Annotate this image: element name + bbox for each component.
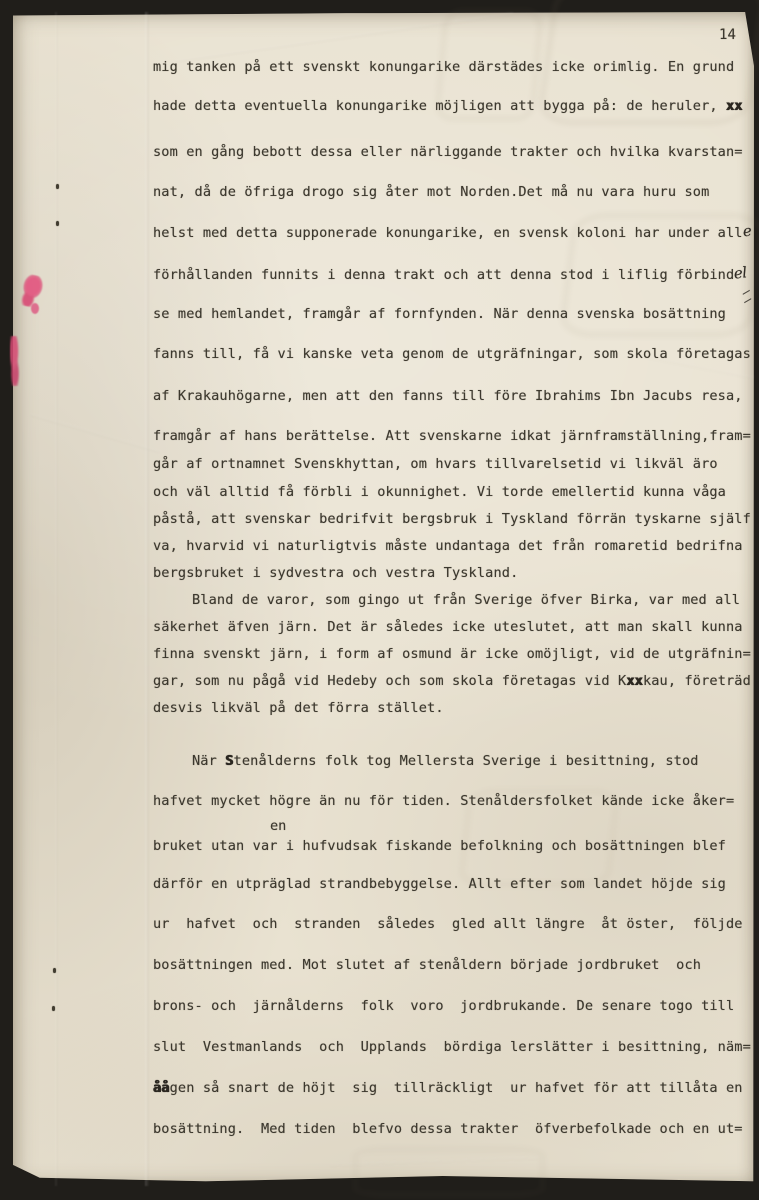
page-number: 14	[719, 28, 736, 43]
line-text: går af ortnamnet Svenskhyttan, om hvars …	[153, 456, 718, 472]
scan-background: 14 mig tanken på ett svenskt konungarike…	[0, 0, 759, 1200]
typewritten-line: därför en utpräglad strandbebyggelse. Al…	[153, 877, 726, 892]
typewritten-line: se med hemlandet, framgår af fornfynden.…	[153, 307, 726, 322]
line-text: mig tanken på ett svenskt konungarike dä…	[153, 59, 734, 75]
line-text: bosättningen med. Mot slutet af stenålde…	[153, 957, 701, 973]
typewritten-line: bosättning. Med tiden blefvo dessa trakt…	[153, 1122, 743, 1137]
line-text: Bland de varor, som gingo ut från Sverig…	[192, 592, 740, 608]
typewritten-line: af Krakauhögarne, men att den fanns till…	[153, 389, 743, 404]
line-text: helst med detta supponerade konungarike,…	[153, 225, 743, 241]
line-text: framgår af hans berättelse. Att svenskar…	[153, 428, 751, 444]
line-text: desvis likväl på det förra stället.	[153, 700, 444, 716]
line-text: bruket utan var i hufvudsak fiskande bef…	[153, 838, 726, 854]
typewritten-line: bergsbruket i sydvestra och vestra Tyskl…	[153, 566, 518, 581]
line-text: finna svenskt järn, i form af osmund är …	[153, 646, 751, 662]
line-text: slut Vestmanlands och Upplands bördiga l…	[153, 1039, 751, 1055]
overstrike-text: xx	[626, 673, 643, 689]
line-text: fanns till, få vi kanske veta genom de u…	[153, 346, 751, 362]
line-text: säkerhet äfven järn. Det är således icke…	[153, 619, 743, 635]
handwritten-text: el	[733, 265, 747, 281]
line-text: va, hvarvid vi naturligtvis måste undant…	[153, 538, 743, 554]
typewritten-line: gar, som nu pågå vid Hedeby och som skol…	[153, 674, 751, 689]
typewritten-line: finna svenskt järn, i form af osmund är …	[153, 647, 751, 662]
typewritten-line: förhållanden funnits i denna trakt och a…	[153, 267, 747, 283]
line-text: tenålderns folk tog Mellersta Sverige i …	[234, 753, 699, 769]
line-text: brons- och järnålderns folk voro jordbru…	[153, 998, 734, 1014]
typewritten-line: mig tanken på ett svenskt konungarike dä…	[153, 60, 734, 75]
typewritten-line: desvis likväl på det förra stället.	[153, 701, 444, 716]
typewritten-line: hade detta eventuella konungarike möjlig…	[153, 99, 743, 114]
line-text: ur hafvet och stranden således gled allt…	[153, 916, 743, 932]
line-text: bergsbruket i sydvestra och vestra Tyskl…	[153, 565, 518, 581]
line-text: därför en utpräglad strandbebyggelse. Al…	[153, 876, 726, 892]
line-text: hafvet mycket högre än nu för tiden. Ste…	[153, 793, 734, 809]
line-text: påstå, att svenskar bedrifvit bergsbruk …	[153, 511, 751, 527]
line-text: kau, företräd	[643, 673, 751, 689]
typewritten-line: bruket utan var i hufvudsak fiskande bef…	[153, 839, 726, 854]
overstrike-text: xx	[726, 98, 743, 114]
typewritten-line: När Stenålderns folk tog Mellersta Sveri…	[192, 754, 699, 769]
typewritten-line: säkerhet äfven järn. Det är således icke…	[153, 620, 743, 635]
typewritten-line: nat, då de öfriga drogo sig åter mot Nor…	[153, 185, 709, 200]
typewritten-line: ur hafvet och stranden således gled allt…	[153, 917, 743, 932]
typewritten-line: påstå, att svenskar bedrifvit bergsbruk …	[153, 512, 751, 527]
interlinear-insertion: en	[270, 818, 286, 834]
typewritten-line: åågen så snart de höjt sig tillräckligt …	[153, 1081, 743, 1096]
typewritten-line: helst med detta supponerade konungarike,…	[153, 225, 751, 241]
line-text: gen så snart de höjt sig tillräckligt ur…	[170, 1080, 743, 1096]
line-text: bosättning. Med tiden blefvo dessa trakt…	[153, 1121, 743, 1137]
line-text: gar, som nu pågå vid Hedeby och som skol…	[153, 673, 626, 689]
line-text: hade detta eventuella konungarike möjlig…	[153, 98, 726, 114]
handwritten-text: e	[742, 224, 752, 240]
line-text: och väl alltid få förbli i okunnighet. V…	[153, 484, 726, 500]
typewritten-line: va, hvarvid vi naturligtvis måste undant…	[153, 539, 743, 554]
line-text: af Krakauhögarne, men att den fanns till…	[153, 388, 743, 404]
typewritten-line: hafvet mycket högre än nu för tiden. Ste…	[153, 794, 734, 809]
line-text: När	[192, 753, 225, 769]
typewritten-line: slut Vestmanlands och Upplands bördiga l…	[153, 1040, 751, 1055]
typewritten-line: bosättningen med. Mot slutet af stenålde…	[153, 958, 701, 973]
typewritten-line: går af ortnamnet Svenskhyttan, om hvars …	[153, 457, 718, 472]
typewritten-line: brons- och järnålderns folk voro jordbru…	[153, 999, 734, 1014]
line-text: se med hemlandet, framgår af fornfynden.…	[153, 306, 726, 322]
line-text: nat, då de öfriga drogo sig åter mot Nor…	[153, 184, 709, 200]
typewritten-line: och väl alltid få förbli i okunnighet. V…	[153, 485, 726, 500]
typewritten-line: fanns till, få vi kanske veta genom de u…	[153, 347, 751, 362]
line-text: förhållanden funnits i denna trakt och a…	[153, 267, 734, 283]
line-text: som en gång bebott dessa eller närliggan…	[153, 144, 743, 160]
overstrike-text: åå	[153, 1080, 170, 1096]
typewritten-line: framgår af hans berättelse. Att svenskar…	[153, 429, 751, 444]
typewritten-line: som en gång bebott dessa eller närliggan…	[153, 145, 743, 160]
overstrike-text: S	[225, 753, 233, 769]
typewritten-line: Bland de varor, som gingo ut från Sverig…	[192, 593, 740, 608]
